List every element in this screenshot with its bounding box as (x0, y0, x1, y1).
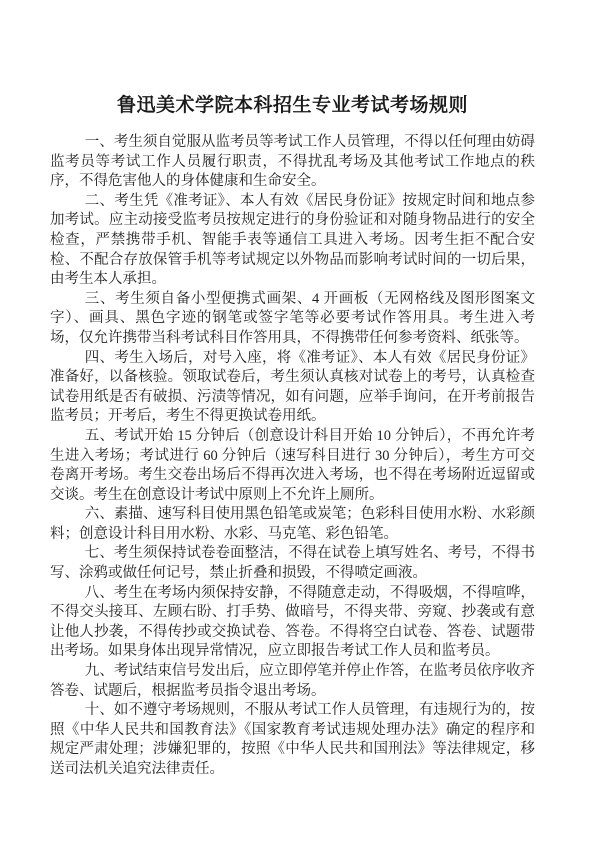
document-title: 鲁迅美术学院本科招生专业考试考场规则 (50, 90, 535, 117)
rule-paragraph: 三、考生须自备小型便携式画架、4 开画板（无网格线及图形图案文字）、画具、黑色字… (50, 290, 535, 349)
rule-paragraph: 九、考试结束信号发出后，应立即停笔并停止作答，在监考员依序收齐答卷、试题后，根据… (50, 662, 535, 701)
rule-paragraph: 七、考生须保持试卷卷面整洁，不得在试卷上填写姓名、考号，不得书写、涂鸦或做任何记… (50, 544, 535, 583)
rule-paragraph: 八、考生在考场内须保持安静，不得随意走动，不得吸烟，不得喧哗，不得交头接耳、左顾… (50, 584, 535, 662)
rule-paragraph: 四、考生入场后，对号入座，将《准考证》、本人有效《居民身份证》准备好，以备核验。… (50, 349, 535, 427)
rule-paragraph: 五、考试开始 15 分钟后（创意设计科目开始 10 分钟后），不再允许考生进入考… (50, 427, 535, 505)
document-page: 鲁迅美术学院本科招生专业考试考场规则 一、考生须自觉服从监考员等考试工作人员管理… (0, 0, 595, 842)
rule-paragraph: 六、素描、速写科目使用黑色铅笔或炭笔；色彩科目使用水粉、水彩颜料；创意设计科目用… (50, 505, 535, 544)
rule-paragraph: 一、考生须自觉服从监考员等考试工作人员管理，不得以任何理由妨碍监考员等考试工作人… (50, 133, 535, 192)
document-body: 一、考生须自觉服从监考员等考试工作人员管理，不得以任何理由妨碍监考员等考试工作人… (50, 133, 535, 780)
rule-paragraph: 十、如不遵守考场规则，不服从考试工作人员管理，有违规行为的，按照《中华人民共和国… (50, 701, 535, 779)
rule-paragraph: 二、考生凭《准考证》、本人有效《居民身份证》按规定时间和地点参加考试。应主动接受… (50, 192, 535, 290)
